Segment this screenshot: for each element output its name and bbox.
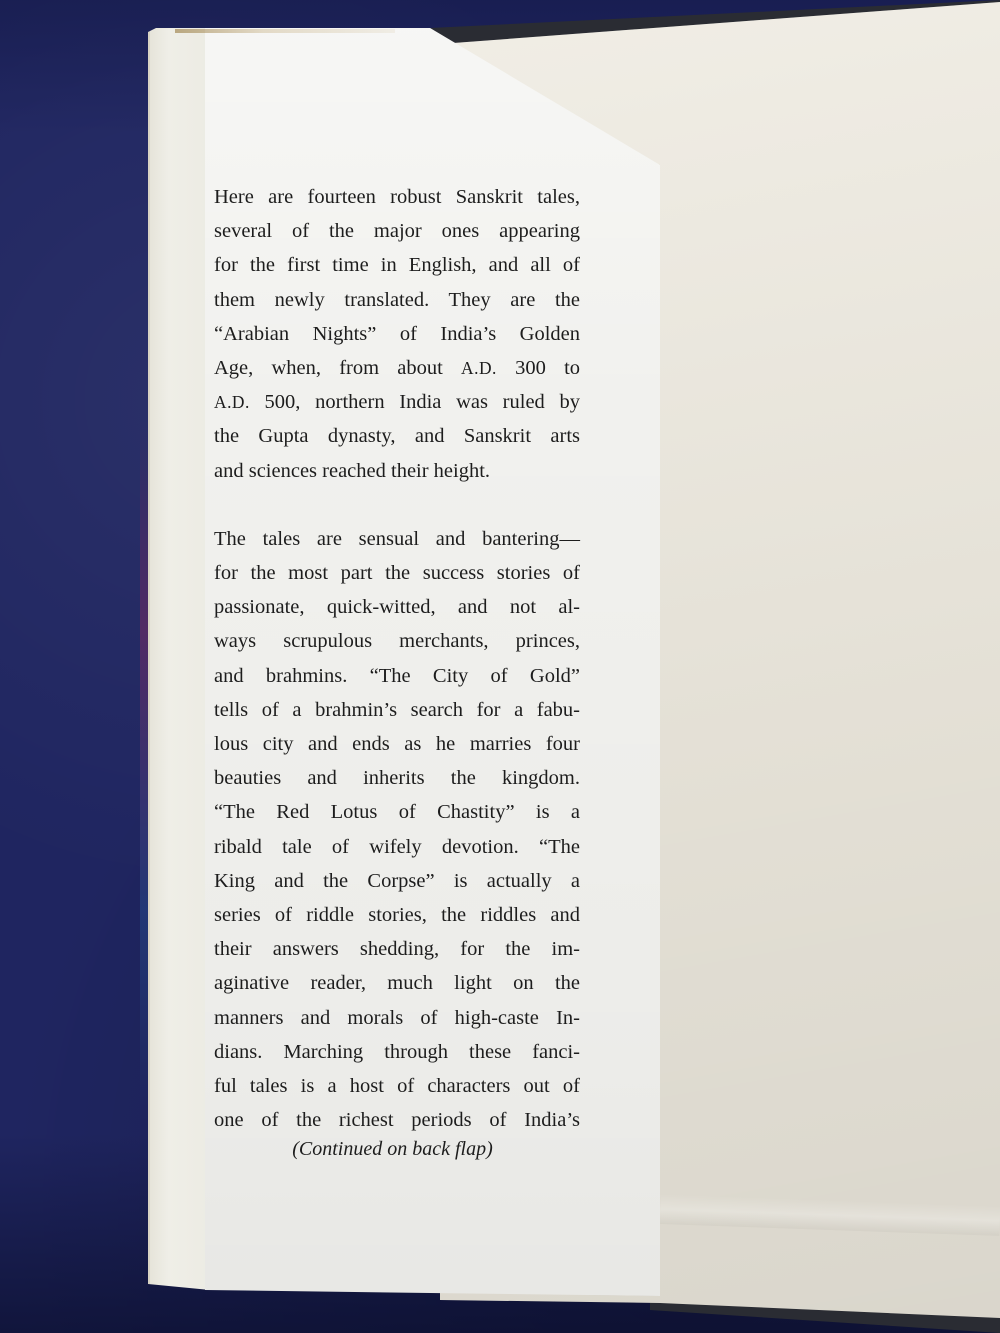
era-abbrev: A.D. bbox=[461, 358, 497, 378]
top-edge-wear bbox=[175, 29, 395, 33]
text-line: “Arabian Nights” of India’s Golden bbox=[214, 317, 580, 351]
text-fragment: 500, northern India was ruled by bbox=[265, 391, 580, 413]
text-line: The tales are sensual and bantering— bbox=[214, 522, 580, 556]
text-line: and brahmins. “The City of Gold” bbox=[214, 659, 580, 693]
text-line: A.D. 500, northern India was ruled by bbox=[214, 385, 580, 419]
text-line: aginative reader, much light on the bbox=[214, 966, 580, 1000]
text-line: one of the richest periods of India’s bbox=[214, 1103, 580, 1137]
text-line: dians. Marching through these fanci- bbox=[214, 1035, 580, 1069]
text-line: for the first time in English, and all o… bbox=[214, 248, 580, 282]
text-line: their answers shedding, for the im- bbox=[214, 932, 580, 966]
text-line: ways scrupulous merchants, princes, bbox=[214, 624, 580, 658]
text-line: passionate, quick-witted, and not al- bbox=[214, 590, 580, 624]
text-line: series of riddle stories, the riddles an… bbox=[214, 898, 580, 932]
text-line: lous city and ends as he marries four bbox=[214, 727, 580, 761]
text-line: King and the Corpse” is actually a bbox=[214, 864, 580, 898]
blurb-paragraph-1: Here are fourteen robust Sanskrit tales,… bbox=[214, 180, 580, 488]
text-line: ribald tale of wifely devotion. “The bbox=[214, 830, 580, 864]
text-line: tells of a brahmin’s search for a fabu- bbox=[214, 693, 580, 727]
jacket-spine-color-edge bbox=[140, 420, 148, 1120]
text-line: them newly translated. They are the bbox=[214, 283, 580, 317]
text-fragment: 300 to bbox=[515, 357, 580, 379]
era-abbrev: A.D. bbox=[214, 392, 250, 412]
text-line: “The Red Lotus of Chastity” is a bbox=[214, 795, 580, 829]
text-line: Age, when, from about A.D. 300 to bbox=[214, 351, 580, 385]
text-line: Here are fourteen robust Sanskrit tales, bbox=[214, 180, 580, 214]
text-line: the Gupta dynasty, and Sanskrit arts bbox=[214, 419, 580, 453]
text-line: beauties and inherits the kingdom. bbox=[214, 761, 580, 795]
flap-blurb: Here are fourteen robust Sanskrit tales,… bbox=[214, 180, 580, 1137]
text-fragment: Age, when, from about bbox=[214, 357, 443, 379]
jacket-spine-fold bbox=[148, 28, 212, 1290]
text-line: manners and morals of high-caste In- bbox=[214, 1001, 580, 1035]
blurb-paragraph-2: The tales are sensual and bantering— for… bbox=[214, 522, 580, 1138]
text-line: and sciences reached their height. bbox=[214, 454, 580, 488]
continued-on-back-flap-note: (Continued on back flap) bbox=[205, 1138, 580, 1161]
text-line: ful tales is a host of characters out of bbox=[214, 1069, 580, 1103]
paragraph-gap bbox=[214, 488, 580, 522]
text-line: several of the major ones appearing bbox=[214, 214, 580, 248]
text-line: for the most part the success stories of bbox=[214, 556, 580, 590]
